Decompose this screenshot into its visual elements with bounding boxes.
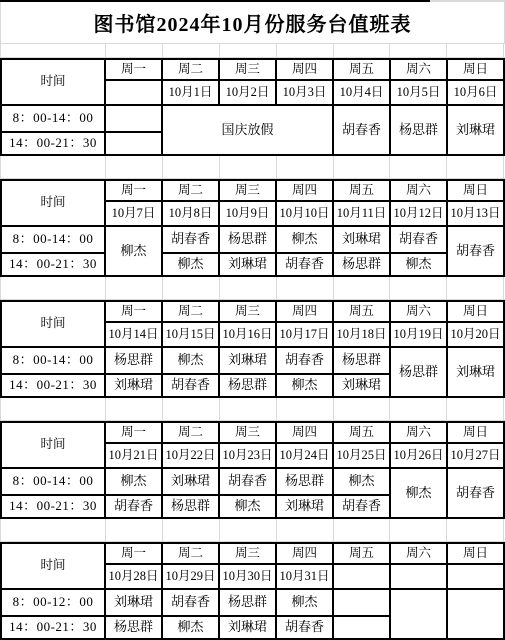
sheet-gridlines-gap: [0, 398, 505, 421]
day-header-wed: 周三: [219, 422, 276, 443]
staff-cell: 胡春香: [162, 226, 219, 253]
day-header-sun: 周日: [447, 59, 504, 80]
date-cell: 10月14日: [105, 322, 162, 347]
staff-cell: 刘琳珺: [105, 589, 162, 616]
date-cell: 10月4日: [333, 80, 390, 105]
page-title: 图书馆2024年10月份服务台值班表: [0, 2, 505, 44]
date-cell: 10月26日: [390, 443, 447, 468]
empty-cell: [333, 589, 390, 616]
empty-cell: [333, 616, 390, 639]
staff-cell: 杨思群: [105, 616, 162, 639]
shift1-label: 8：00-14：00: [1, 105, 105, 132]
date-cell: 10月17日: [276, 322, 333, 347]
date-cell: 10月31日: [276, 564, 333, 589]
staff-cell: 刘琳珺: [333, 226, 390, 253]
staff-cell: 杨思群: [276, 468, 333, 495]
staff-cell: 胡春香: [162, 589, 219, 616]
date-cell: 10月8日: [162, 201, 219, 226]
date-cell: 10月1日: [162, 80, 219, 105]
staff-cell: 杨思群: [219, 589, 276, 616]
shift1-label: 8：00-14：00: [1, 226, 105, 253]
staff-cell: 胡春香: [276, 347, 333, 374]
date-cell: 10月20日: [447, 322, 504, 347]
date-cell: 10月29日: [162, 564, 219, 589]
day-header-mon: 周一: [105, 180, 162, 201]
staff-cell: 胡春香: [276, 616, 333, 639]
shift2-label: 14：00-21：30: [1, 495, 105, 518]
day-header-mon: 周一: [105, 301, 162, 322]
staff-cell: 刘琳珺: [219, 347, 276, 374]
day-header-tue: 周二: [162, 180, 219, 201]
staff-cell: 杨思群: [390, 347, 447, 397]
empty-cell: [105, 132, 162, 155]
date-cell: 10月24日: [276, 443, 333, 468]
date-cell: [447, 564, 504, 589]
date-cell: 10月16日: [219, 322, 276, 347]
day-header-sun: 周日: [447, 543, 504, 564]
staff-cell: 刘琳珺: [276, 495, 333, 518]
staff-cell: 柳杰: [333, 468, 390, 495]
staff-cell: 柳杰: [105, 468, 162, 495]
time-header: 时间: [1, 59, 105, 105]
staff-cell: 刘琳珺: [105, 374, 162, 397]
day-header-fri: 周五: [333, 180, 390, 201]
staff-cell: 胡春香: [333, 495, 390, 518]
day-header-thu: 周四: [276, 422, 333, 443]
time-header: 时间: [1, 301, 105, 347]
day-header-fri: 周五: [333, 422, 390, 443]
day-header-thu: 周四: [276, 301, 333, 322]
shift1-label: 8：00-14：00: [1, 468, 105, 495]
staff-cell: 胡春香: [219, 468, 276, 495]
staff-cell: 刘琳珺: [162, 468, 219, 495]
staff-cell: 柳杰: [219, 495, 276, 518]
date-cell: 10月6日: [447, 80, 504, 105]
date-cell: 10月3日: [276, 80, 333, 105]
staff-cell: 杨思群: [333, 347, 390, 374]
empty-cell: [390, 589, 447, 639]
sheet-gridlines-gap: [0, 44, 505, 58]
day-header-mon: 周一: [105, 422, 162, 443]
date-cell: 10月23日: [219, 443, 276, 468]
date-cell: 10月30日: [219, 564, 276, 589]
staff-cell: 杨思群: [219, 374, 276, 397]
staff-cell: 柳杰: [105, 226, 162, 276]
shift1-label: 8：00-14：00: [1, 347, 105, 374]
date-cell: 10月19日: [390, 322, 447, 347]
duty-schedule-sheet: 图书馆2024年10月份服务台值班表 时间 周一 周二 周三 周四 周五 周六 …: [0, 0, 505, 640]
staff-cell: 胡春香: [105, 495, 162, 518]
date-cell: 10月12日: [390, 201, 447, 226]
date-cell: 10月25日: [333, 443, 390, 468]
day-header-wed: 周三: [219, 301, 276, 322]
date-cell: 10月27日: [447, 443, 504, 468]
staff-cell: 胡春香: [447, 468, 504, 518]
date-cell: 10月21日: [105, 443, 162, 468]
staff-cell: 柳杰: [162, 253, 219, 276]
week-table-2: 时间 周一 周二 周三 周四 周五 周六 周日 10月7日 10月8日 10月9…: [0, 179, 505, 277]
shift2-label: 14：00-21：30: [1, 253, 105, 276]
empty-cell: [447, 589, 504, 639]
shift2-label: 14：00-21：30: [1, 132, 105, 155]
staff-cell: 柳杰: [162, 616, 219, 639]
day-header-tue: 周二: [162, 59, 219, 80]
shift2-label: 14：00-21：30: [1, 616, 105, 639]
week-table-4: 时间 周一 周二 周三 周四 周五 周六 周日 10月21日 10月22日 10…: [0, 421, 505, 519]
date-cell: 10月11日: [333, 201, 390, 226]
date-cell: 10月28日: [105, 564, 162, 589]
staff-cell: 柳杰: [162, 347, 219, 374]
day-header-sun: 周日: [447, 422, 504, 443]
day-header-fri: 周五: [333, 59, 390, 80]
date-cell: 10月18日: [333, 322, 390, 347]
sheet-gridlines-gap: [0, 156, 505, 179]
staff-cell: 胡春香: [390, 226, 447, 253]
day-header-wed: 周三: [219, 543, 276, 564]
staff-cell: 胡春香: [447, 226, 504, 276]
date-cell: 10月2日: [219, 80, 276, 105]
staff-cell: 柳杰: [390, 253, 447, 276]
staff-cell: 刘琳珺: [219, 616, 276, 639]
staff-cell: 杨思群: [390, 105, 447, 155]
week-table-1: 时间 周一 周二 周三 周四 周五 周六 周日 10月1日 10月2日 10月3…: [0, 58, 505, 156]
day-header-sat: 周六: [390, 180, 447, 201]
date-cell: 10月15日: [162, 322, 219, 347]
date-cell: 10月5日: [390, 80, 447, 105]
date-cell: [390, 564, 447, 589]
date-cell: [333, 564, 390, 589]
day-header-thu: 周四: [276, 543, 333, 564]
date-cell: 10月22日: [162, 443, 219, 468]
staff-cell: 刘琳珺: [447, 105, 504, 155]
day-header-thu: 周四: [276, 180, 333, 201]
day-header-sat: 周六: [390, 422, 447, 443]
staff-cell: 胡春香: [162, 374, 219, 397]
date-cell: 10月13日: [447, 201, 504, 226]
shift1-label: 8：00-12：00: [1, 589, 105, 616]
day-header-thu: 周四: [276, 59, 333, 80]
day-header-sat: 周六: [390, 301, 447, 322]
day-header-mon: 周一: [105, 543, 162, 564]
day-header-tue: 周二: [162, 301, 219, 322]
staff-cell: 柳杰: [276, 374, 333, 397]
staff-cell: 杨思群: [162, 495, 219, 518]
holiday-cell: 国庆放假: [162, 105, 333, 155]
staff-cell: 杨思群: [105, 347, 162, 374]
staff-cell: 杨思群: [219, 226, 276, 253]
day-header-wed: 周三: [219, 180, 276, 201]
day-header-tue: 周二: [162, 422, 219, 443]
time-header: 时间: [1, 180, 105, 226]
day-header-sun: 周日: [447, 180, 504, 201]
date-cell: 10月10日: [276, 201, 333, 226]
week-table-3: 时间 周一 周二 周三 周四 周五 周六 周日 10月14日 10月15日 10…: [0, 300, 505, 398]
empty-cell: [105, 105, 162, 132]
staff-cell: 刘琳珺: [219, 253, 276, 276]
day-header-sat: 周六: [390, 59, 447, 80]
day-header-sun: 周日: [447, 301, 504, 322]
day-header-fri: 周五: [333, 543, 390, 564]
shift2-label: 14：00-21：30: [1, 374, 105, 397]
sheet-gridlines-gap: [0, 277, 505, 300]
date-cell: [105, 80, 162, 105]
day-header-wed: 周三: [219, 59, 276, 80]
date-cell: 10月7日: [105, 201, 162, 226]
staff-cell: 胡春香: [333, 105, 390, 155]
sheet-gridlines-gap: [0, 519, 505, 542]
staff-cell: 柳杰: [276, 226, 333, 253]
day-header-fri: 周五: [333, 301, 390, 322]
week-table-5: 时间 周一 周二 周三 周四 周五 周六 周日 10月28日 10月29日 10…: [0, 542, 505, 640]
day-header-tue: 周二: [162, 543, 219, 564]
staff-cell: 刘琳珺: [333, 374, 390, 397]
time-header: 时间: [1, 543, 105, 589]
time-header: 时间: [1, 422, 105, 468]
staff-cell: 杨思群: [333, 253, 390, 276]
staff-cell: 柳杰: [276, 589, 333, 616]
staff-cell: 胡春香: [276, 253, 333, 276]
staff-cell: 柳杰: [390, 468, 447, 518]
date-cell: 10月9日: [219, 201, 276, 226]
day-header-sat: 周六: [390, 543, 447, 564]
staff-cell: 刘琳珺: [447, 347, 504, 397]
day-header-mon: 周一: [105, 59, 162, 80]
